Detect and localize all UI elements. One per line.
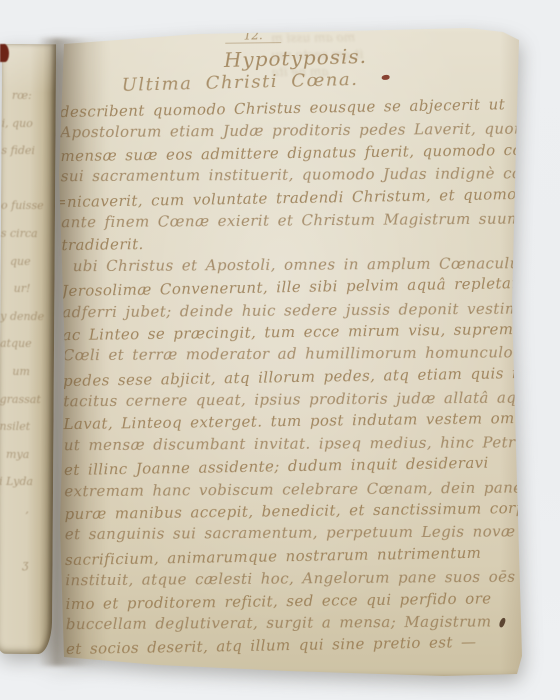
illegible-fragment: um xyxy=(0,358,44,386)
facing-page-fragments: rœ:i, quos fideio fuisses circaqueur!y d… xyxy=(0,82,46,579)
illegible-fragment: mya xyxy=(0,441,43,469)
book-photo: 12. Hypotyposis. Ultima Christi Cœna. mo… xyxy=(0,0,560,700)
illegible-fragment: grassat xyxy=(0,385,44,413)
page-subtitle: Ultima Christi Cœna. xyxy=(121,68,401,96)
illegible-fragment: y dende xyxy=(0,303,44,331)
illegible-fragment: i Lyda xyxy=(0,468,43,496)
red-stain xyxy=(0,44,9,62)
illegible-fragment: ʒ xyxy=(0,551,43,579)
illegible-fragment: i, quo xyxy=(1,109,45,137)
illegible-fragment: s fidei xyxy=(1,137,45,165)
illegible-fragment: rœ: xyxy=(2,82,46,110)
illegible-fragment: ur! xyxy=(0,275,44,303)
manuscript-page: 12. Hypotyposis. Ultima Christi Cœna. mo… xyxy=(48,24,534,680)
photo-backdrop: 12. Hypotyposis. Ultima Christi Cœna. mo… xyxy=(0,0,560,700)
illegible-fragment: nsilet xyxy=(0,413,44,441)
illegible-fragment: , xyxy=(0,496,43,524)
manuscript-body: describent quomodo Christus eousque se a… xyxy=(60,94,528,659)
illegible-fragment: s circa xyxy=(1,220,45,248)
page-number: 12. xyxy=(225,28,281,44)
page-content: 12. Hypotyposis. Ultima Christi Cœna. mo… xyxy=(45,21,538,682)
illegible-fragment: que xyxy=(1,247,45,275)
facing-page-edge: rœ:i, quos fideio fuisses circaqueur!y d… xyxy=(0,44,56,654)
illegible-fragment xyxy=(0,523,43,551)
illegible-fragment xyxy=(1,165,45,193)
illegible-fragment: o fuisse xyxy=(1,192,45,220)
illegible-fragment: atque xyxy=(0,330,44,358)
